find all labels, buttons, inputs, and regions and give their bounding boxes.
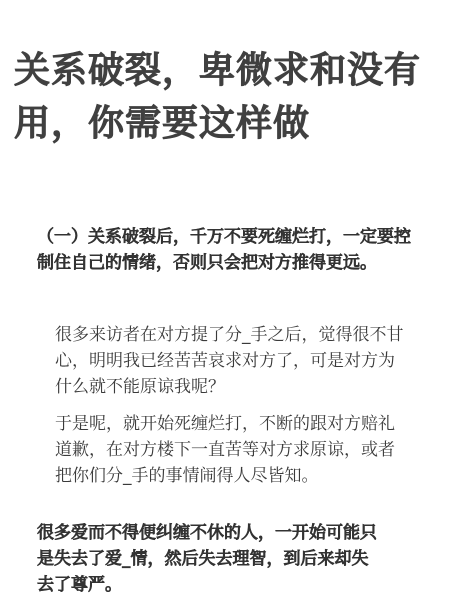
- body-paragraph-2: 于是呢，就开始死缠烂打，不断的跟对方赔礼道歉，在对方楼下一直苦等对方求原谅，或者…: [55, 411, 405, 489]
- section-heading: （一）关系破裂后，千万不要死缠烂打，一定要控制住自己的情绪，否则只会把对方推得更…: [37, 224, 422, 276]
- article-title: 关系破裂，卑微求和没有用，你需要这样做: [14, 44, 454, 150]
- bold-paragraph: 很多爱而不得便纠缠不休的人，一开始可能只是失去了爱_情，然后失去理智，到后来却失…: [37, 520, 382, 598]
- body-paragraph-1: 很多来访者在对方提了分_手之后，觉得很不甘心，明明我已经苦苦哀求对方了，可是对方…: [55, 322, 405, 400]
